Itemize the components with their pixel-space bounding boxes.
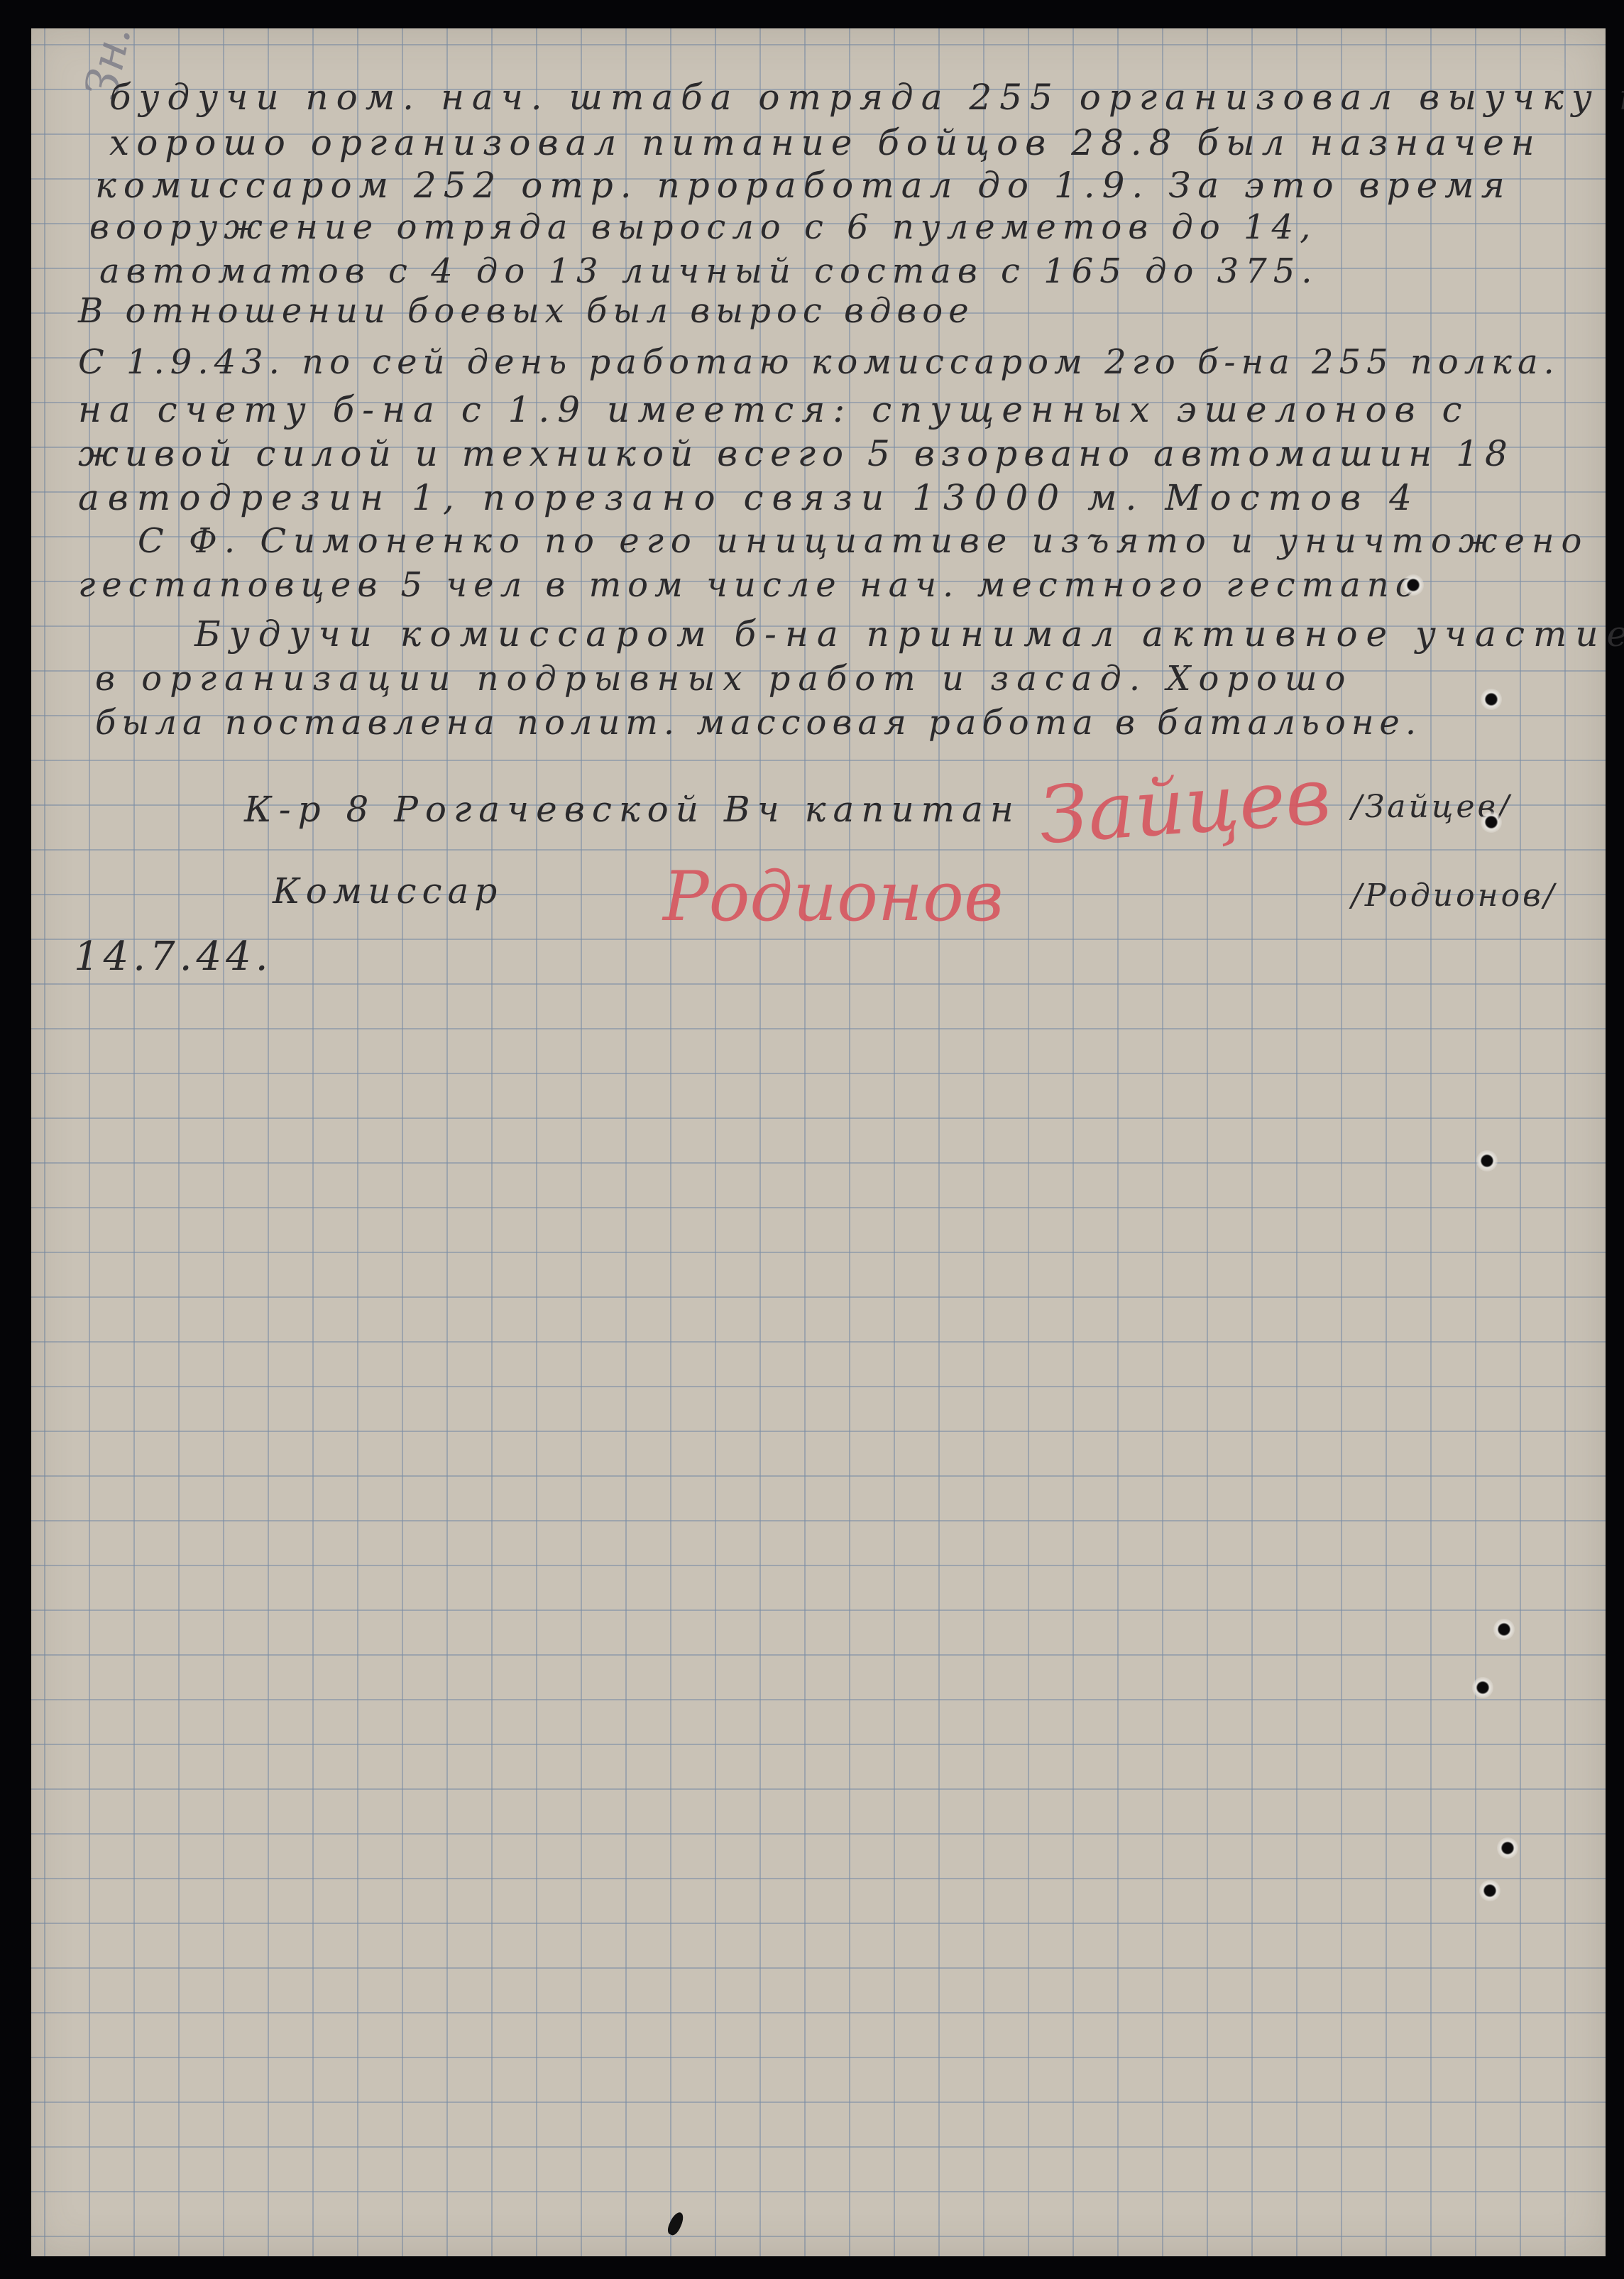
body-line-2: хорошо организовал питание бойцов 28.8 б… — [109, 125, 1542, 160]
body-line-3: комиссаром 252 отр. проработал до 1.9. З… — [95, 168, 1512, 203]
body-line-8: на счету б-на с 1.9 имеется: спущенных э… — [78, 392, 1470, 427]
body-line-9: живой силой и техникой всего 5 взорвано … — [78, 436, 1514, 471]
commander-title: К-р 8 Рогачевской Вч капитан — [244, 792, 1021, 827]
commissar-title: Комиссар — [273, 873, 503, 909]
body-line-13: Будучи комиссаром б-на принимал активное… — [194, 616, 1624, 652]
body-line-7: С 1.9.43. по сей день работаю комиссаром… — [78, 345, 1560, 379]
punch-hole — [1403, 574, 1424, 596]
punch-hole — [1472, 1677, 1493, 1698]
body-line-15: была поставлена полит. массовая работа в… — [95, 706, 1422, 740]
body-line-6: В отношении боевых был вырос вдвое — [78, 294, 975, 328]
punch-hole — [1497, 1837, 1518, 1859]
punch-hole — [1481, 811, 1502, 833]
punch-hole — [1493, 1619, 1515, 1640]
punch-hole — [1481, 689, 1502, 710]
body-line-12: гестаповцев 5 чел в том числе нач. местн… — [78, 568, 1422, 602]
punch-hole — [1479, 1880, 1500, 1901]
body-line-4: вооружение отряда выросло с 6 пулеметов … — [89, 210, 1317, 244]
document-date: 14.7.44. — [74, 937, 273, 977]
commander-signature: Зайцев — [1037, 757, 1334, 855]
punch-hole — [1476, 1150, 1498, 1171]
document-page: Зн. будучи пом. нач. штаба отряда 255 ор… — [31, 28, 1606, 2256]
ink-mark — [666, 2210, 686, 2237]
body-line-14: в организации подрывных работ и засад. Х… — [95, 662, 1353, 696]
commissar-name: /Родионов/ — [1351, 880, 1557, 912]
body-line-10: автодрезин 1, порезано связи 13000 м. Мо… — [78, 480, 1420, 515]
body-line-1: будучи пом. нач. штаба отряда 255 органи… — [109, 80, 1624, 115]
body-line-5: автоматов с 4 до 13 личный состав с 165 … — [99, 254, 1319, 288]
body-line-11: С Ф. Симоненко по его инициативе изъято … — [138, 524, 1589, 558]
commissar-signature: Родионов — [663, 863, 1004, 931]
